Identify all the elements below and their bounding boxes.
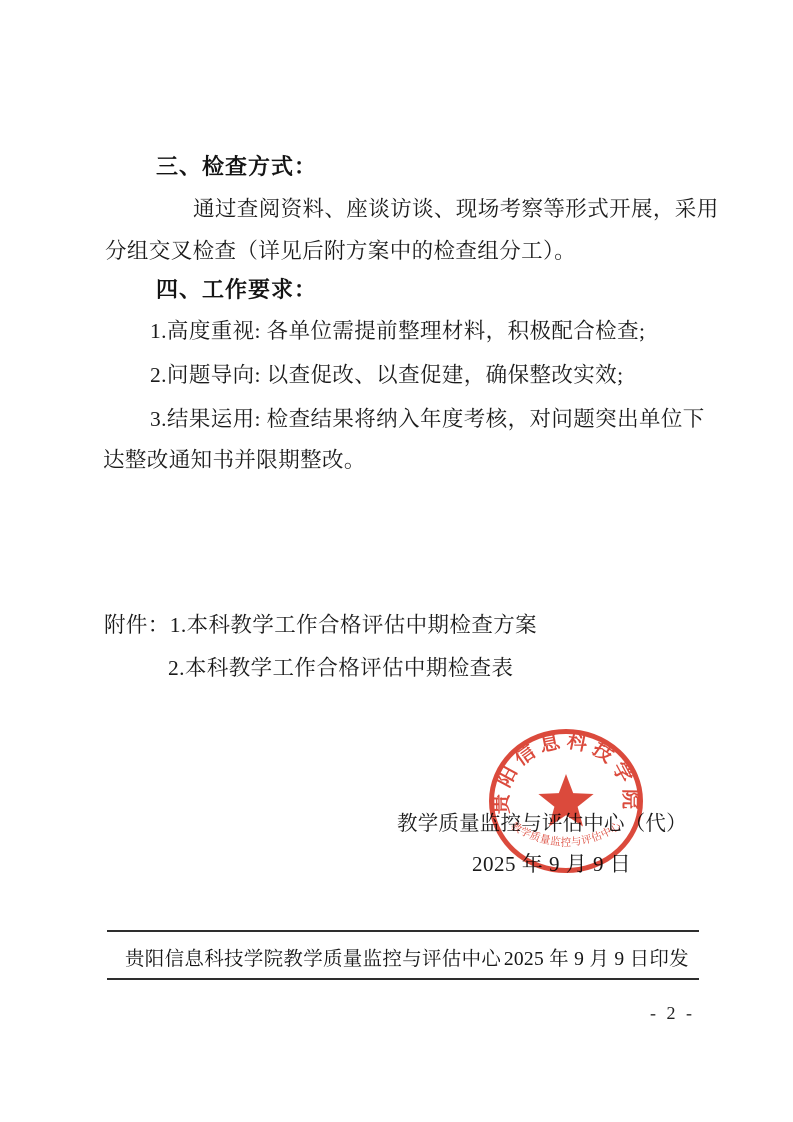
seal-ring-text-node: 贵阳信息科技学院 bbox=[489, 728, 643, 814]
requirement-item-1: 1.高度重视: 各单位需提前整理材料，积极配合检查; bbox=[150, 318, 645, 345]
seal-ring-text: 贵阳信息科技学院 bbox=[489, 728, 643, 814]
attachments-line-1: 附件：1.本科教学工作合格评估中期检查方案 bbox=[104, 612, 537, 639]
footer-issuer: 贵阳信息科技学院教学质量监控与评估中心 bbox=[125, 943, 501, 971]
footer-rule-bottom bbox=[107, 978, 699, 980]
page-number: - 2 - bbox=[650, 1003, 695, 1024]
footer-rule-top bbox=[107, 930, 699, 932]
seal-ring bbox=[492, 732, 641, 871]
footer: 贵阳信息科技学院教学质量监控与评估中心 2025 年 9 月 9 日印发 bbox=[107, 943, 699, 971]
issuer-signature: 教学质量监控与评估中心（代） bbox=[397, 812, 687, 838]
issue-date: 2025 年 9 月 9 日 bbox=[472, 851, 631, 877]
document-page: 三、检查方式： 通过查阅资料、座谈访谈、现场考察等形式开展，采用 分组交叉检查（… bbox=[0, 0, 793, 1122]
section-4-heading: 四、工作要求： bbox=[156, 276, 317, 304]
requirement-item-3: 3.结果运用: 检查结果将纳入年度考核，对问题突出单位下 bbox=[150, 406, 705, 433]
requirement-item-3-continuation: 达整改通知书并限期整改。 bbox=[103, 447, 366, 474]
requirement-item-2: 2.问题导向: 以查促改、以查促建，确保整改实效; bbox=[150, 362, 623, 389]
footer-print-date: 2025 年 9 月 9 日印发 bbox=[504, 943, 689, 971]
section-3-line-2: 分组交叉检查（详见后附方案中的检查组分工）。 bbox=[105, 238, 576, 265]
attachments-line-2: 2.本科教学工作合格评估中期检查表 bbox=[168, 655, 513, 682]
section-3-line-1: 通过查阅资料、座谈访谈、现场考察等形式开展，采用 bbox=[193, 196, 719, 223]
section-3-heading: 三、检查方式： bbox=[156, 153, 317, 181]
